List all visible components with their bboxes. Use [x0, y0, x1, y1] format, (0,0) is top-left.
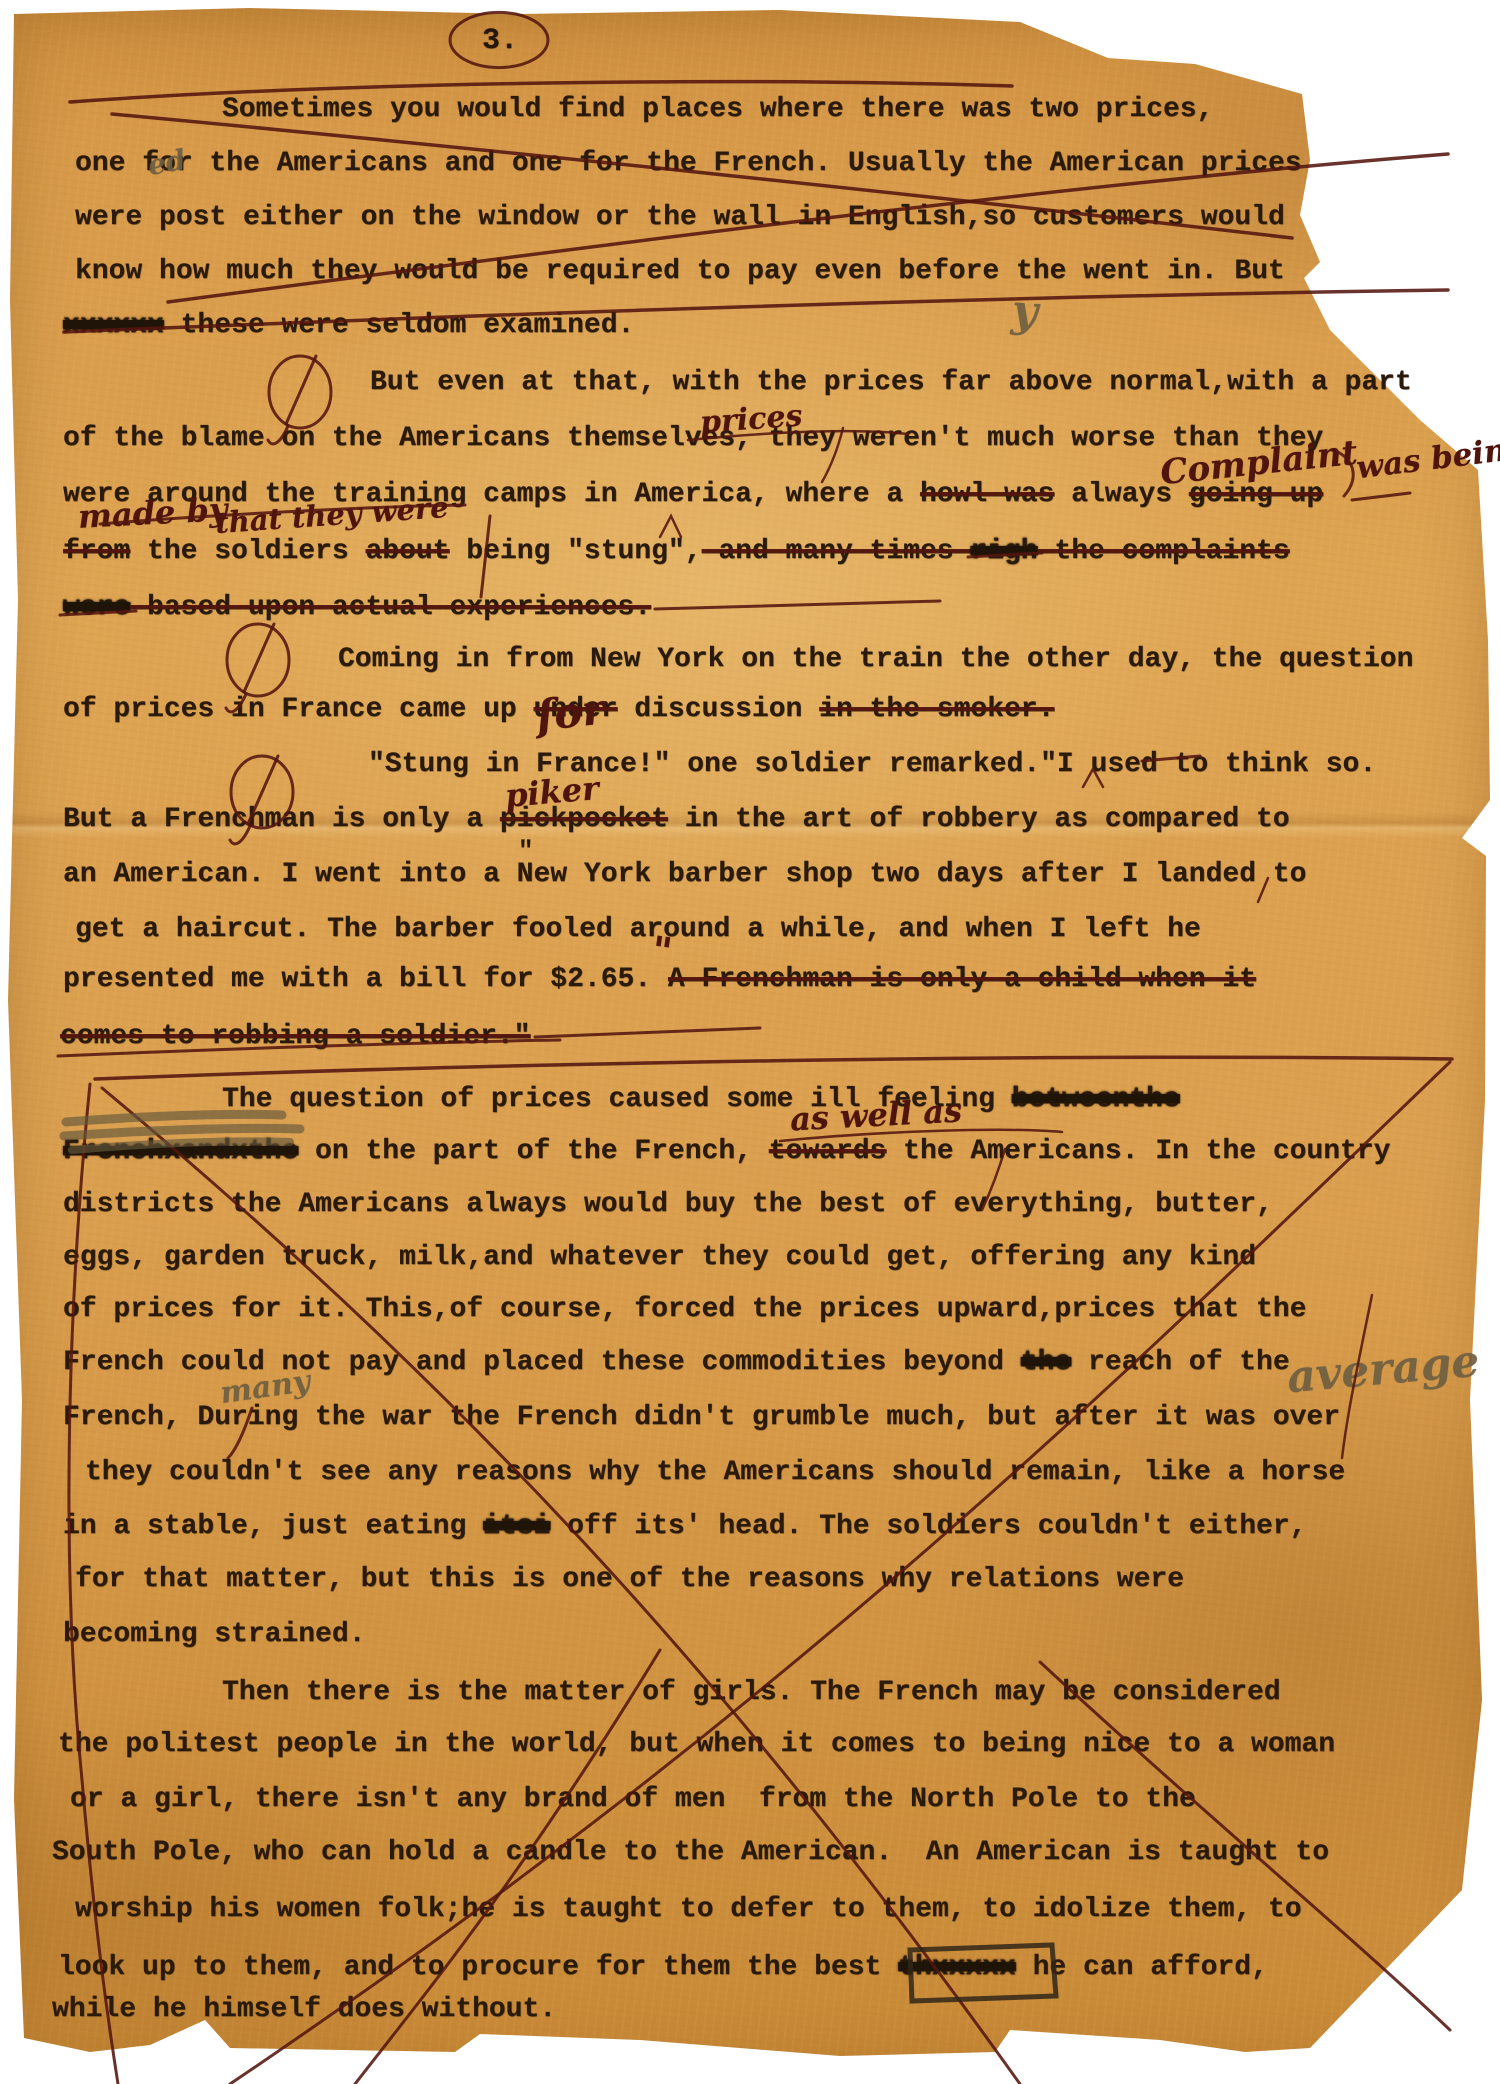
- typed-text: know how much they would be required to …: [75, 256, 1285, 287]
- pen-struck-text: about: [365, 536, 449, 567]
- typed-line: comes to robbing a soldier.": [60, 1022, 530, 1052]
- typed-xed-out-text: betweenthe: [1012, 1084, 1180, 1115]
- typed-line: in a stable, just eating itsi off its' h…: [63, 1512, 1306, 1542]
- pen-struck-text: comes to robbing a soldier.": [60, 1021, 530, 1052]
- scanned-manuscript-page: { "page": { "number": "3." }, "colors": …: [0, 0, 1500, 2084]
- typed-text: the politest people in the world, but wh…: [58, 1729, 1335, 1760]
- typed-line: of the blame on the Americans themselves…: [63, 424, 1323, 454]
- typed-text: French could not pay and placed these co…: [63, 1347, 1021, 1378]
- typed-text: he can afford,: [1016, 1952, 1268, 1983]
- typed-line: xxxxxx these were seldom examined.: [63, 311, 634, 341]
- typed-line: of prices for it. This,of course, forced…: [63, 1295, 1306, 1325]
- typed-line: from the soldiers about being "stung", a…: [63, 537, 1290, 567]
- typed-line: The question of prices caused some ill f…: [222, 1085, 1180, 1115]
- pencil-annotation: ed: [145, 143, 188, 182]
- typed-text: one for the Americans and one for the Fr…: [75, 148, 1302, 179]
- typed-text: an American. I went into a New York barb…: [63, 859, 1306, 890]
- typed-text: But a Frenchman is only a: [63, 804, 500, 835]
- typed-text: were post either on the window or the wa…: [75, 202, 1285, 233]
- typed-text: Then there is the matter of girls. The F…: [222, 1677, 1281, 1708]
- typed-line: Frenchxandxthe on the part of the French…: [63, 1137, 1390, 1167]
- typed-text: eggs, garden truck, milk,and whatever th…: [63, 1242, 1256, 1273]
- typed-line: districts the Americans always would buy…: [63, 1190, 1273, 1220]
- typed-text: or a girl, there isn't any brand of men …: [70, 1784, 1196, 1815]
- typed-line: Coming in from New York on the train the…: [338, 645, 1413, 675]
- pen-struck-text: A Frenchman is only a child when it: [668, 964, 1256, 995]
- typed-text: in a stable, just eating: [63, 1511, 483, 1542]
- page-number: 3.: [455, 24, 545, 58]
- typed-line: while he himself does without.: [52, 1995, 556, 2025]
- typed-text: look up to them, and to procure for them…: [58, 1952, 898, 1983]
- typed-line: But a Frenchman is only a pickpocket in …: [63, 805, 1290, 835]
- pen-struck-text: from: [63, 536, 130, 567]
- pen-struck-text: and many times: [702, 536, 971, 567]
- typed-xed-out-text: itsi: [483, 1511, 550, 1542]
- typed-text: Coming in from New York on the train the…: [338, 644, 1413, 675]
- typed-text: districts the Americans always would buy…: [63, 1189, 1273, 1220]
- typed-xed-out-text: the: [1021, 1347, 1071, 1378]
- typed-line: South Pole, who can hold a candle to the…: [52, 1838, 1329, 1868]
- typed-line: the politest people in the world, but wh…: [58, 1730, 1335, 1760]
- typed-line: But even at that, with the prices far ab…: [370, 368, 1412, 398]
- typed-line: or a girl, there isn't any brand of men …: [70, 1785, 1196, 1815]
- typed-text: the Americans. In the country: [886, 1136, 1390, 1167]
- typed-line: they couldn't see any reasons why the Am…: [85, 1458, 1345, 1488]
- typed-line: were post either on the window or the wa…: [75, 203, 1285, 233]
- typed-line: worship his women folk;he is taught to d…: [75, 1895, 1302, 1925]
- pen-struck-text: the complaints: [1038, 536, 1290, 567]
- typed-text: being "stung",: [449, 536, 701, 567]
- typed-line: becoming strained.: [63, 1620, 365, 1650]
- typed-line: an American. I went into a New York barb…: [63, 860, 1306, 890]
- typed-text: these were seldom examined.: [164, 310, 634, 341]
- typed-text: for that matter, but this is one of the …: [75, 1564, 1184, 1595]
- typed-text: the soldiers: [130, 536, 365, 567]
- pen-struck-text: howl was: [920, 479, 1054, 510]
- pen-struck-text: based upon actual experiences.: [130, 592, 651, 623]
- typed-line: one for the Americans and one for the Fr…: [75, 149, 1302, 179]
- typed-line: were based upon actual experiences.: [63, 593, 651, 623]
- typed-xed-out-text: righ: [970, 536, 1037, 567]
- typed-line: get a haircut. The barber fooled around …: [75, 915, 1201, 945]
- typed-xed-out-text: were: [63, 592, 130, 623]
- typed-line: Then there is the matter of girls. The F…: [222, 1678, 1281, 1708]
- typed-text: in the art of robbery as compared to: [668, 804, 1290, 835]
- typed-text: off its' head. The soldiers couldn't eit…: [550, 1511, 1306, 1542]
- ink-annotation: made by: [77, 490, 228, 536]
- pen-struck-text: towards: [769, 1136, 887, 1167]
- typed-text: worship his women folk;he is taught to d…: [75, 1894, 1302, 1925]
- typed-text: discussion: [618, 694, 820, 725]
- typed-text: get a haircut. The barber fooled around …: [75, 914, 1201, 945]
- typed-text: of prices in France came up: [63, 694, 533, 725]
- ink-annotation: prices: [699, 398, 804, 440]
- typed-line: look up to them, and to procure for them…: [58, 1953, 1268, 1983]
- typed-line: Sometimes you would find places where th…: [222, 95, 1213, 125]
- typed-line: know how much they would be required to …: [75, 257, 1285, 287]
- typed-text: they couldn't see any reasons why the Am…: [85, 1457, 1345, 1488]
- typed-text: reach of the: [1071, 1347, 1289, 1378]
- typed-line: French, During the war the French didn't…: [63, 1403, 1340, 1433]
- typed-line: for that matter, but this is one of the …: [75, 1565, 1184, 1595]
- typed-text: of the blame on the Americans themselves…: [63, 423, 1323, 454]
- typed-text: presented me with a bill for $2.65.: [63, 964, 668, 995]
- typed-text: But even at that, with the prices far ab…: [370, 367, 1412, 398]
- typed-insertion-mark: ": [518, 836, 534, 866]
- typed-line: eggs, garden truck, milk,and whatever th…: [63, 1243, 1256, 1273]
- typed-text: Sometimes you would find places where th…: [222, 94, 1213, 125]
- ink-annotation: for: [534, 685, 607, 741]
- typed-text: on the part of the French,: [298, 1136, 768, 1167]
- typed-xed-out-text: xxxxxx: [63, 310, 164, 341]
- typed-xed-out-text: Frenchxandxthe: [63, 1136, 298, 1167]
- pencil-annotation: y: [1010, 285, 1039, 338]
- typed-text: becoming strained.: [63, 1619, 365, 1650]
- typed-text: of prices for it. This,of course, forced…: [63, 1294, 1306, 1325]
- typed-text: South Pole, who can hold a candle to the…: [52, 1837, 1329, 1868]
- typed-xed-out-text: thxxxxx: [898, 1952, 1016, 1983]
- pen-struck-text: in the smoker.: [819, 694, 1054, 725]
- typed-text: while he himself does without.: [52, 1994, 556, 2025]
